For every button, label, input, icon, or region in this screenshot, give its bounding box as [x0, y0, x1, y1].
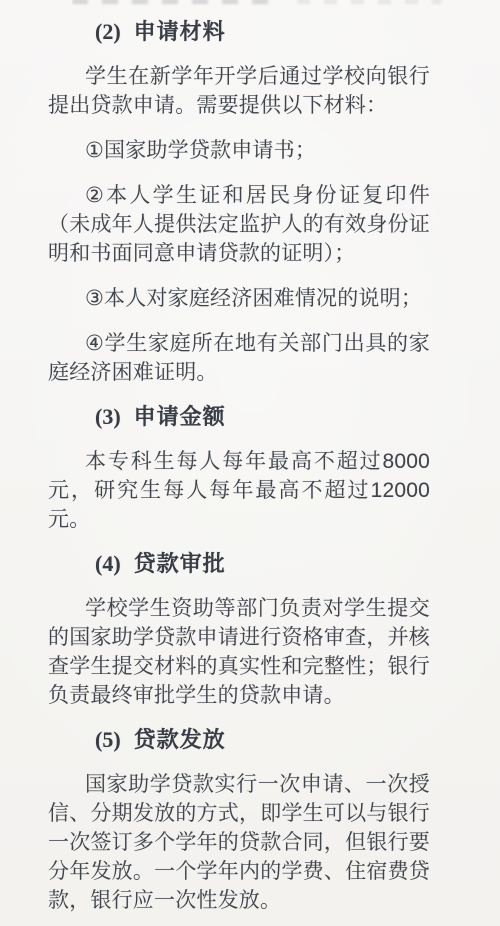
section-loan-approval: (4)贷款审批 学校学生资助等部门负责对学生提交的国家助学贷款申请进行资格审查，…	[48, 550, 430, 710]
section-number: (5)	[95, 727, 121, 752]
paragraph: 国家助学贷款实行一次申请、一次授信、分期发放的方式，即学生可以与银行一次签订多个…	[48, 770, 430, 915]
section-number: (2)	[95, 19, 121, 44]
section-application-amount: (3)申请金额 本专科生每人每年最高不超过8000元，研究生每人每年最高不超过1…	[48, 403, 430, 534]
list-item-1: ①国家助学贷款申请书；	[48, 136, 430, 165]
section-title: 申请金额	[134, 404, 226, 429]
list-item-3: ③本人对家庭经济困难情况的说明；	[48, 284, 430, 313]
section-number: (4)	[95, 551, 121, 576]
section-heading: (5)贷款发放	[95, 726, 430, 754]
list-item-4: ④学生家庭所在地有关部门出具的家庭经济困难证明。	[48, 329, 430, 387]
section-heading: (2)申请材料	[95, 18, 430, 46]
section-title: 贷款发放	[134, 727, 226, 752]
document-page: (2)申请材料 学生在新学年开学后通过学校向银行提出贷款申请。需要提供以下材料：…	[0, 0, 500, 926]
paragraph: 学生在新学年开学后通过学校向银行提出贷款申请。需要提供以下材料：	[48, 62, 430, 120]
section-title: 贷款审批	[134, 551, 226, 576]
text-smudge	[297, 0, 442, 4]
paragraph: 学校学生资助等部门负责对学生提交的国家助学贷款申请进行资格审查，并核查学生提交材…	[48, 594, 430, 710]
section-loan-disbursement: (5)贷款发放 国家助学贷款实行一次申请、一次授信、分期发放的方式，即学生可以与…	[48, 726, 430, 915]
paragraph: 本专科生每人每年最高不超过8000元，研究生每人每年最高不超过12000元。	[48, 447, 430, 534]
section-number: (3)	[95, 404, 121, 429]
section-heading: (4)贷款审批	[95, 550, 430, 578]
section-heading: (3)申请金额	[95, 403, 430, 431]
cropped-text-remnant	[72, 0, 444, 6]
text-smudge	[72, 0, 282, 4]
section-application-materials: (2)申请材料 学生在新学年开学后通过学校向银行提出贷款申请。需要提供以下材料：…	[48, 18, 430, 387]
section-title: 申请材料	[134, 19, 226, 44]
list-item-2: ②本人学生证和居民身份证复印件（未成年人提供法定监护人的有效身份证明和书面同意申…	[48, 181, 430, 268]
